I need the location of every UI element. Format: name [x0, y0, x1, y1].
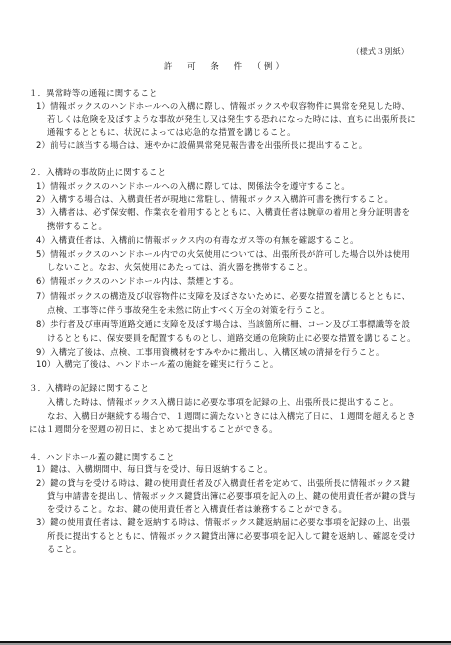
- section-heading-3: ３．入構時の記録に関すること: [29, 383, 149, 394]
- section-heading-4: ４．ハンドホール蓋の鍵に関すること: [29, 452, 175, 463]
- section-heading-2: ２．入構時の事故防止に関すること: [29, 167, 166, 178]
- section-2-item-5-cont: しないこと。なお、火気使用にあたっては、消火器を携帯すること。: [47, 262, 313, 273]
- document-title: 許 可 条 件 （例）: [0, 62, 451, 73]
- section-4-item-2: 2）鍵の貸与を受ける時は、鍵の使用責任者及び入構責任者を定めて、出張所長に情報ボ…: [36, 478, 410, 489]
- document-page: （様式３別紙） 許 可 条 件 （例） １．異常時等の通報に関すること 1）情報…: [0, 0, 451, 645]
- section-2-item-9: 9）入構完了後は、点検、工事用資機材をすみやかに搬出し、入構区域の清掃を行うこと…: [36, 347, 385, 358]
- section-2-item-7: 7）情報ボックスの構造及び収容物件に支障を及ぼさないために、必要な措置を講じると…: [36, 291, 410, 302]
- section-2-item-6: 6）情報ボックスのハンドホール内は、禁煙とする。: [36, 276, 239, 287]
- section-1-item-2: 2）前号に該当する場合は、速やかに設備異常発見報告書を出張所長に提出すること。: [36, 140, 367, 151]
- section-2-item-1: 1）情報ボックスのハンドホールへの入構に際しては、関係法令を遵守すること。: [36, 181, 350, 192]
- section-2-item-3-cont: 携帯すること。: [47, 221, 107, 232]
- section-1-item-1-cont: 若しくは危険を及ぼすような事故が発生し又は発生する恐れになった時には、直ちに出張…: [47, 114, 416, 125]
- section-3-para-1: 入構した時は、情報ボックス入構日誌に必要な事項を記録の上、出張所長に提出すること…: [47, 397, 399, 408]
- section-2-item-5: 5）情報ボックスのハンドホール内での火気使用については、出張所長が許可した場合以…: [36, 249, 410, 260]
- section-2-item-8: 8）歩行者及び車両等道路交通に支障を及ぼす場合は、当該箇所に柵、コーン及び工事標…: [36, 319, 410, 330]
- section-4-item-3-cont: ること。: [47, 544, 81, 555]
- section-4-item-3-cont: 所長に提出するとともに、情報ボックス鍵貸出簿に必要事項を記入して鍵を返納し、確認…: [47, 531, 416, 542]
- section-4-item-3: 3）鍵の使用責任者は、鍵を返納する時は、情報ボックス鍵返納届に必要な事項を記録の…: [36, 517, 410, 528]
- section-1-item-1: 1）情報ボックスのハンドホールへの入構に際し、情報ボックスや収容物件に異常を発見…: [36, 101, 410, 112]
- section-2-item-10: 10）入構完了後は、ハンドホール蓋の施錠を確実に行うこと。: [36, 359, 278, 370]
- section-4-item-1: 1）鍵は、入構期間中、毎日貸与を受け、毎日返納すること。: [36, 464, 273, 475]
- section-4-item-2-cont: を受けること。なお、鍵の使用責任者と入構責任者は兼務することができる。: [47, 504, 347, 515]
- section-2-item-3: 3）入構者は、必ず保安帽、作業衣を着用するとともに、入構責任者は腕章の着用と身分…: [36, 207, 410, 218]
- section-4-item-2-cont: 貸与申請書を提出し、情報ボックス鍵貸出簿に必要事項を記入の上、鍵の使用責任者が鍵…: [47, 491, 416, 502]
- section-heading-1: １．異常時等の通報に関すること: [29, 88, 158, 99]
- section-2-item-7-cont: 点検、工事等に伴う事故発生を未然に防止すべく万全の対策を行うこと。: [47, 305, 330, 316]
- section-1-item-1-cont: 通報するとともに、状況によっては応急的な措置を講じること。: [47, 127, 296, 138]
- section-2-item-2: 2）入構する場合は、入構責任者が現地に常駐し、情報ボックス入構許可書を携行するこ…: [36, 194, 393, 205]
- form-label: （様式３別紙）: [352, 46, 409, 57]
- section-2-item-4: 4）入構責任者は、入構前に情報ボックス内の有毒なガス等の有無を確認すること。: [36, 235, 359, 246]
- section-3-para-2-cont: には１週間分を翌週の初日に、まとめて提出することができる。: [29, 424, 278, 435]
- section-3-para-2: なお、入構日が継続する場合で、１週間に満たないときには入構完了日に、１週間を超え…: [47, 411, 416, 422]
- section-2-item-8-cont: けるとともに、保安要員を配置するものとし、道路交通の危険防止に必要な措置を講じる…: [47, 333, 416, 344]
